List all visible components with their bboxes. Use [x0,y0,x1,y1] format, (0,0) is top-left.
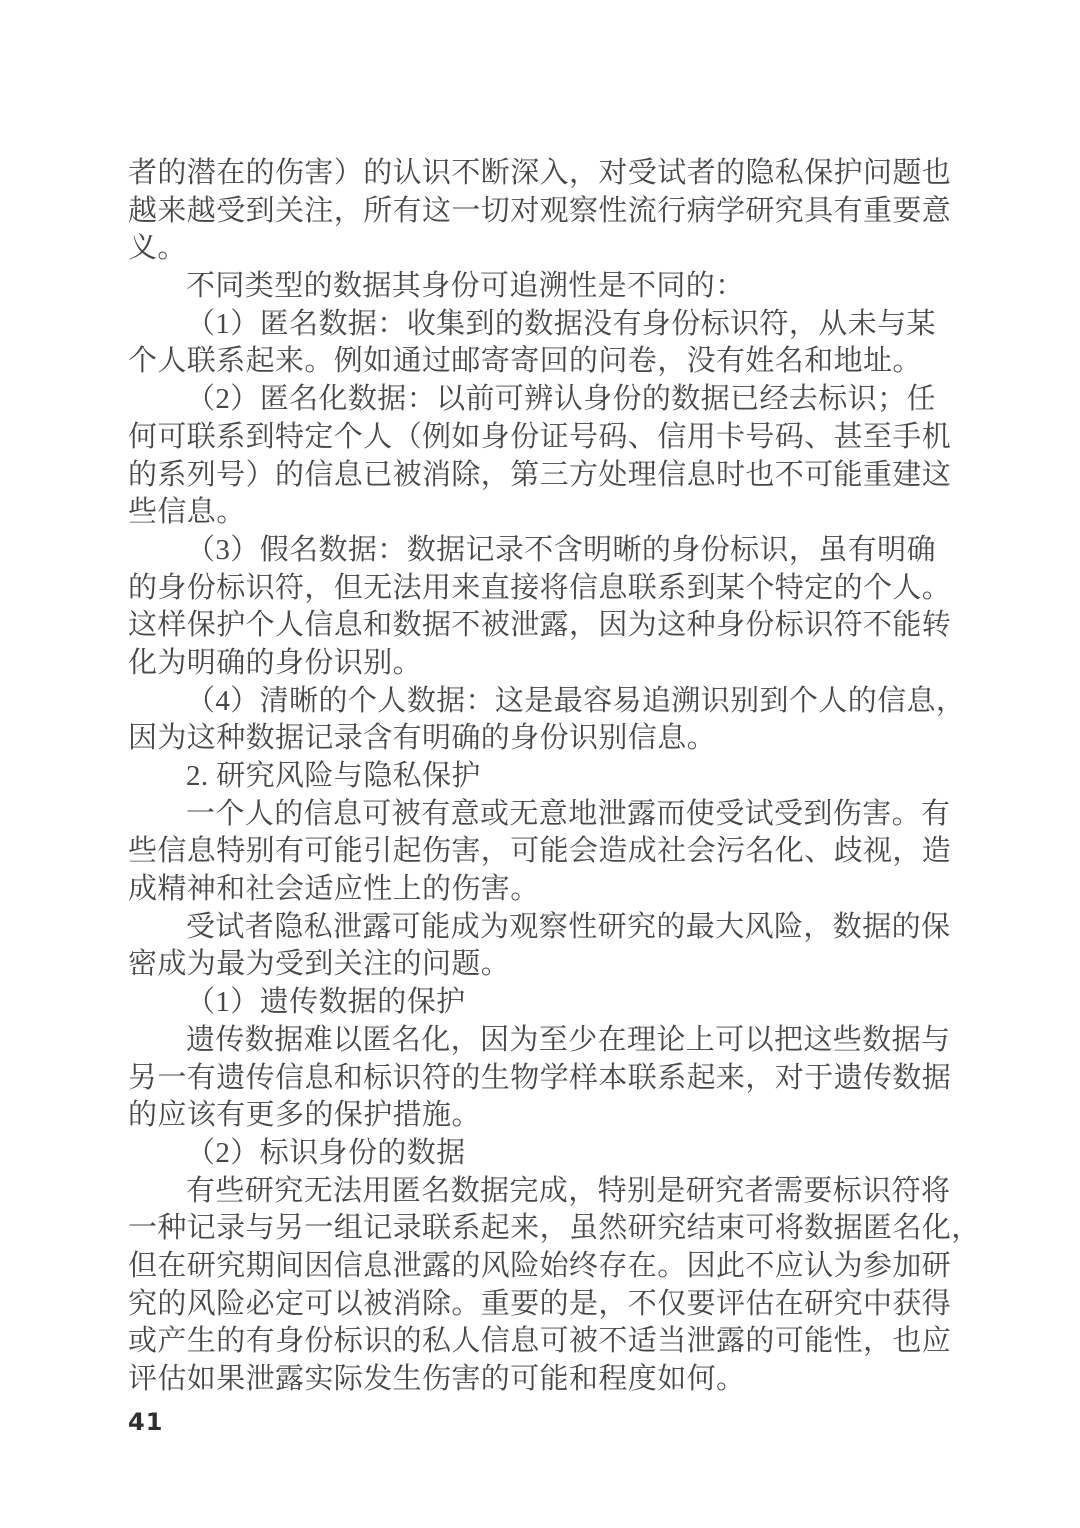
text-line: 2. 研究风险与隐私保护 [128,758,954,796]
body-text: 者的潜在的伤害）的认识不断深入，对受试者的隐私保护问题也越来越受到关注，所有这一… [128,155,954,1399]
text-line: （2）匿名化数据：以前可辨认身份的数据已经去标识；任 [128,381,954,419]
text-line: 成精神和社会适应性上的伤害。 [128,871,954,909]
text-line: 何可联系到特定个人（例如身份证号码、信用卡号码、甚至手机 [128,419,954,457]
text-line: 化为明确的身份识别。 [128,645,954,683]
text-line: 另一有遗传信息和标识符的生物学样本联系起来，对于遗传数据 [128,1060,954,1098]
text-line: （1）遗传数据的保护 [128,984,954,1022]
document-page: 者的潜在的伤害）的认识不断深入，对受试者的隐私保护问题也越来越受到关注，所有这一… [0,0,1080,1528]
text-line: 因为这种数据记录含有明确的身份识别信息。 [128,720,954,758]
text-line: 些信息特别有可能引起伤害，可能会造成社会污名化、歧视，造 [128,833,954,871]
text-line: 究的风险必定可以被消除。重要的是，不仅要评估在研究中获得 [128,1286,954,1324]
text-line: （3）假名数据：数据记录不含明晰的身份标识，虽有明确 [128,532,954,570]
text-line: （2）标识身份的数据 [128,1135,954,1173]
text-line: 但在研究期间因信息泄露的风险始终存在。因此不应认为参加研 [128,1248,954,1286]
text-line: 密成为最为受到关注的问题。 [128,946,954,984]
text-line: 的系列号）的信息已被消除，第三方处理信息时也不可能重建这 [128,457,954,495]
page-number: 41 [128,1408,163,1436]
text-line: 不同类型的数据其身份可追溯性是不同的： [128,268,954,306]
text-line: 一种记录与另一组记录联系起来，虽然研究结束可将数据匿名化， [128,1210,954,1248]
text-line: 越来越受到关注，所有这一切对观察性流行病学研究具有重要意 [128,193,954,231]
text-line: 评估如果泄露实际发生伤害的可能和程度如何。 [128,1361,954,1399]
text-line: 受试者隐私泄露可能成为观察性研究的最大风险，数据的保 [128,909,954,947]
text-line: 者的潜在的伤害）的认识不断深入，对受试者的隐私保护问题也 [128,155,954,193]
text-line: 义。 [128,230,954,268]
text-line: 的应该有更多的保护措施。 [128,1097,954,1135]
text-line: 或产生的有身份标识的私人信息可被不适当泄露的可能性，也应 [128,1323,954,1361]
text-line: 些信息。 [128,494,954,532]
text-line: 的身份标识符，但无法用来直接将信息联系到某个特定的个人。 [128,570,954,608]
text-line: 一个人的信息可被有意或无意地泄露而使受试受到伤害。有 [128,796,954,834]
text-line: （1）匿名数据：收集到的数据没有身份标识符，从未与某 [128,306,954,344]
text-line: 个人联系起来。例如通过邮寄寄回的问卷，没有姓名和地址。 [128,343,954,381]
text-line: 这样保护个人信息和数据不被泄露，因为这种身份标识符不能转 [128,607,954,645]
text-line: （4）清晰的个人数据：这是最容易追溯识别到个人的信息， [128,683,954,721]
text-line: 有些研究无法用匿名数据完成，特别是研究者需要标识符将 [128,1173,954,1211]
text-line: 遗传数据难以匿名化，因为至少在理论上可以把这些数据与 [128,1022,954,1060]
